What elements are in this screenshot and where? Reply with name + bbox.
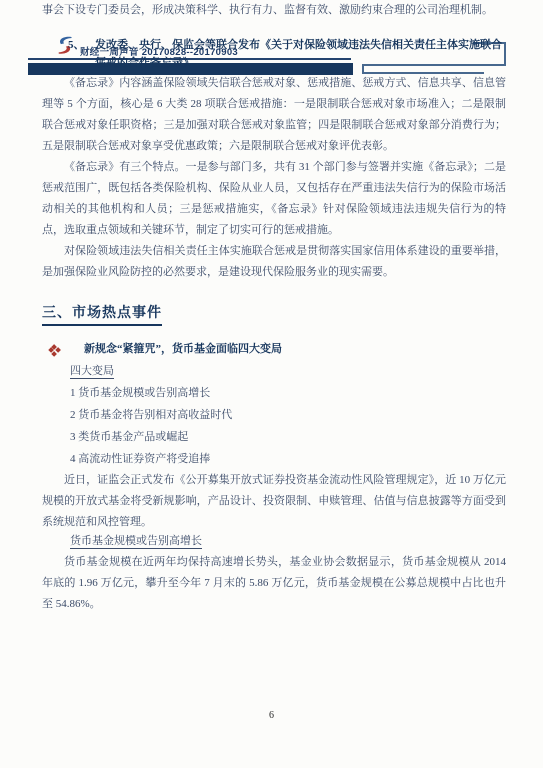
change-item-2: 2 货币基金将告别相对高收益时代 bbox=[70, 404, 506, 426]
paragraph-memo-significance: 对保险领域违法失信相关责任主体实施联合惩戒是贯彻落实国家信用体系建设的重要举措，… bbox=[42, 241, 506, 283]
document-page: 财经一周声音 20170828--20170903 事会下设专门委员会，形成决策… bbox=[0, 0, 543, 768]
continuation-paragraph: 事会下设专门委员会，形成决策科学、执行有力、监督有效、激励约束合理的公司治理机制… bbox=[42, 0, 506, 21]
subheading-four-changes: 四大变局 bbox=[70, 361, 506, 382]
change-item-3: 3 类货币基金产品或崛起 bbox=[70, 426, 506, 448]
paragraph-fund-scale-detail: 货币基金规模在近两年均保持高速增长势头，基金业协会数据显示，货币基金规模从 20… bbox=[42, 552, 506, 615]
list-item-5-heading: 5、 发改委、央行、保监会等联合发布《关于对保险领域违法失信相关责任主体实施联合… bbox=[42, 36, 506, 72]
paragraph-csrc-rule: 近日，证监会正式发布《公开募集开放式证券投资基金流动性风险管理规定》，近 10 … bbox=[42, 470, 506, 533]
hotspot-item-heading: 新规念“紧箍咒”，货币基金面临四大变局 bbox=[42, 339, 506, 360]
change-item-1: 1 货币基金规模或告别高增长 bbox=[70, 382, 506, 404]
hotspot-item-title: 新规念“紧箍咒”，货币基金面临四大变局 bbox=[84, 343, 282, 355]
paragraph-memo-content: 《备忘录》内容涵盖保险领域失信联合惩戒对象、惩戒措施、惩戒方式、信息共享、信息管… bbox=[42, 73, 506, 157]
paragraph-memo-features: 《备忘录》有三个特点。一是参与部门多，共有 31 个部门参与签署并实施《备忘录》… bbox=[42, 157, 506, 241]
diamond-bullet-icon bbox=[49, 345, 60, 356]
change-item-4: 4 高流动性证券资产将受追捧 bbox=[70, 448, 506, 470]
document-body: 事会下设专门委员会，形成决策科学、执行有力、监督有效、激励约束合理的公司治理机制… bbox=[42, 0, 506, 615]
list-item-5-number: 5、 bbox=[68, 36, 85, 54]
list-item-5-title: 发改委、央行、保监会等联合发布《关于对保险领域违法失信相关责任主体实施联合惩戒的… bbox=[95, 39, 502, 69]
section-heading-market-hotspots: 三、市场热点事件 bbox=[42, 304, 506, 326]
page-number: 6 bbox=[0, 710, 543, 721]
subheading-fund-scale: 货币基金规模或告别高增长 bbox=[70, 531, 506, 552]
